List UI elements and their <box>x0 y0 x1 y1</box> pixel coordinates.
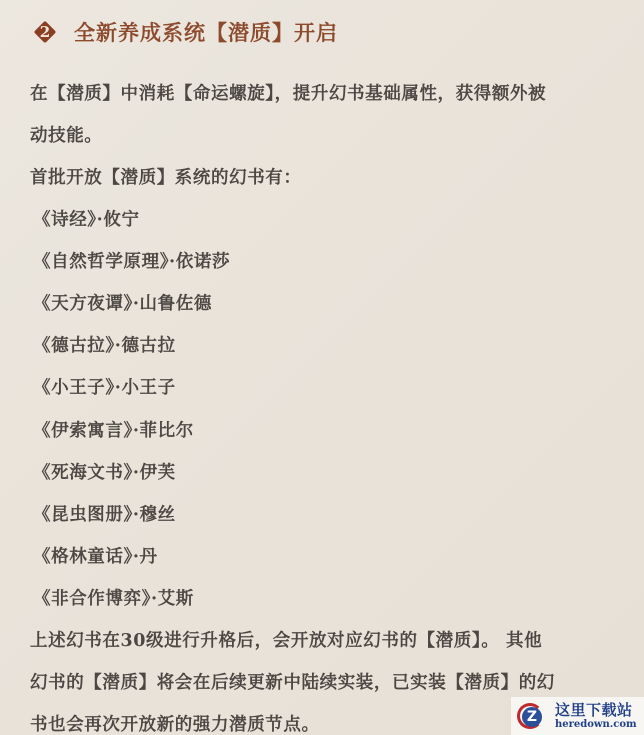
section-title: 全新养成系统【潜质】开启 <box>74 17 338 47</box>
list-item: 《诗经》·攸宁 <box>33 206 140 231</box>
footer-line-2: 幻书的【潜质】将会在后续更新中陆续实装，已实装【潜质】的幻 <box>30 669 555 694</box>
intro-line-2: 动技能。 <box>30 122 102 147</box>
watermark-name: 这里下载站 <box>555 702 637 719</box>
watermark-domain: heredown.com <box>555 719 637 731</box>
z-logo-icon: Z <box>517 701 547 731</box>
section-number: 2 <box>34 21 56 43</box>
list-item: 《自然哲学原理》·依诺莎 <box>33 248 230 273</box>
list-item: 《伊索寓言》·菲比尔 <box>33 417 194 442</box>
section-number-badge: 2 <box>34 21 56 43</box>
footer-line-3: 书也会再次开放新的强力潜质节点。 <box>30 711 320 735</box>
list-heading: 首批开放【潜质】系统的幻书有： <box>30 164 302 189</box>
intro-line-1: 在【潜质】中消耗【命运螺旋】，提升幻书基础属性，获得额外被 <box>30 80 546 105</box>
list-item: 《非合作博弈》·艾斯 <box>33 585 194 610</box>
list-item: 《天方夜谭》·山鲁佐德 <box>33 290 212 315</box>
list-item: 《小王子》·小王子 <box>33 374 176 399</box>
footer-line-1: 上述幻书在30级进行升格后，会开放对应幻书的【潜质】。 其他 <box>30 627 542 652</box>
watermark-logo: Z 这里下载站 heredown.com <box>511 697 644 735</box>
list-item: 《格林童话》·丹 <box>33 543 158 568</box>
list-item: 《死海文书》·伊芙 <box>33 459 176 484</box>
list-item: 《昆虫图册》·穆丝 <box>33 501 176 526</box>
list-item: 《德古拉》·德古拉 <box>33 332 176 357</box>
section-header: 2 全新养成系统【潜质】开启 <box>30 14 338 50</box>
